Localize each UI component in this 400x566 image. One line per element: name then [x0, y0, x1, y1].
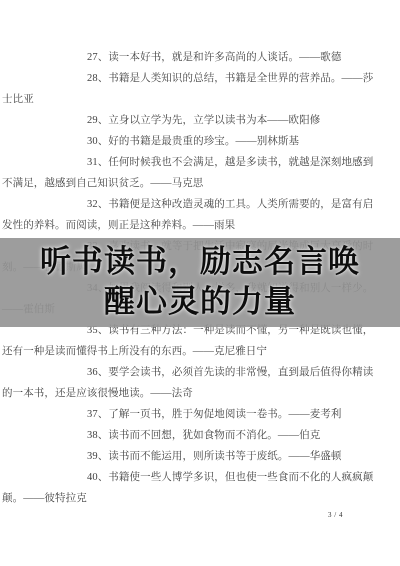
banner-title-line-2: 醒心灵的力量 — [0, 282, 400, 322]
page-number: 3 / 4 — [328, 511, 343, 519]
quote-line: 29、立身以立学为先，立学以读书为本——欧阳修 — [0, 110, 400, 131]
quote-line: 30、好的书籍是最贵重的珍宝。——别林斯基 — [0, 131, 400, 152]
quote-line: 还有一种是读而懂得书上所没有的东西。——克尼雅日宁 — [0, 341, 400, 362]
document-page: 27、读一本好书，就是和许多高尚的人谈话。——歌德28、书籍是人类知识的总结，书… — [0, 0, 400, 566]
quote-line: 39、读书而不能运用，则所读书等于废纸。——华盛顿 — [0, 446, 400, 467]
quote-line: 38、读书而不回想，犹如食物而不消化。——伯克 — [0, 425, 400, 446]
quote-line: 36、要学会读书，必须首先读的非常慢，直到最后值得你精读 — [0, 362, 400, 383]
quote-line: 40、书籍使一些人博学多识，但也使一些食而不化的人疯疯颠 — [0, 467, 400, 488]
quote-line: 37、了解一页书，胜于匆促地阅读一卷书。——麦考利 — [0, 404, 400, 425]
quote-line: 不满足，越感到自己知识贫乏。——马克思 — [0, 173, 400, 194]
banner-title-line-1: 听书读书，励志名言唤 — [0, 242, 400, 282]
quote-line: 28、书籍是人类知识的总结，书籍是全世界的营养品。——莎 — [0, 68, 400, 89]
quote-line: 发性的养料。而阅读，则正是这种养料。——雨果 — [0, 215, 400, 236]
quote-line: 士比亚 — [0, 89, 400, 110]
quote-line: 颠。——彼特拉克 — [0, 488, 400, 509]
title-banner-overlay: 听书读书，励志名言唤 醒心灵的力量 — [0, 238, 400, 327]
quote-line: 32、书籍便是这种改造灵魂的工具。人类所需要的，是富有启 — [0, 194, 400, 215]
banner-title: 听书读书，励志名言唤 醒心灵的力量 — [0, 238, 400, 322]
quote-line: 的一本书，还是应该很慢地读。——法奇 — [0, 383, 400, 404]
quote-line: 27、读一本好书，就是和许多高尚的人谈话。——歌德 — [0, 47, 400, 68]
quote-line: 31、任何时候我也不会满足，越是多读书，就越是深刻地感到 — [0, 152, 400, 173]
